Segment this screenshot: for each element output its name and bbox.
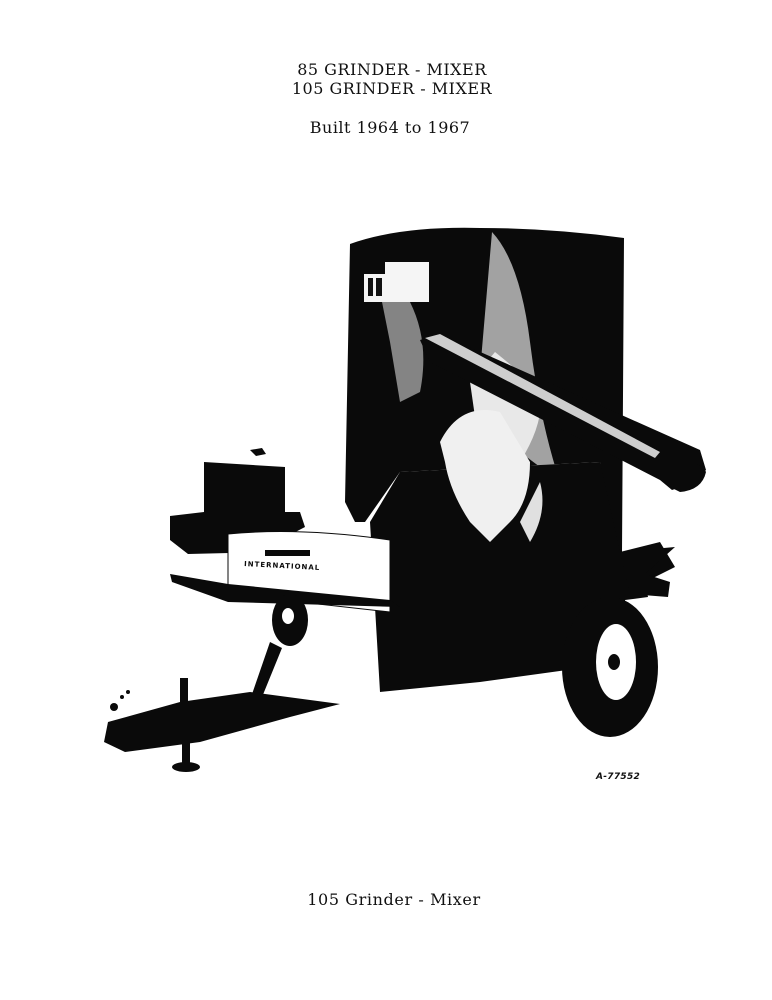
photo-reference-number: A-77552 <box>596 772 640 782</box>
subtitle: Built 1964 to 1967 <box>4 118 772 137</box>
title-line-1: 85 GRINDER - MIXER <box>6 60 772 79</box>
title-line-2: 105 GRINDER - MIXER <box>6 79 772 98</box>
figure-caption: 105 Grinder - Mixer <box>8 890 772 909</box>
machine-photo: INTERNATIONAL <box>100 222 710 777</box>
grinder-mixer-illustration: INTERNATIONAL <box>100 222 710 777</box>
